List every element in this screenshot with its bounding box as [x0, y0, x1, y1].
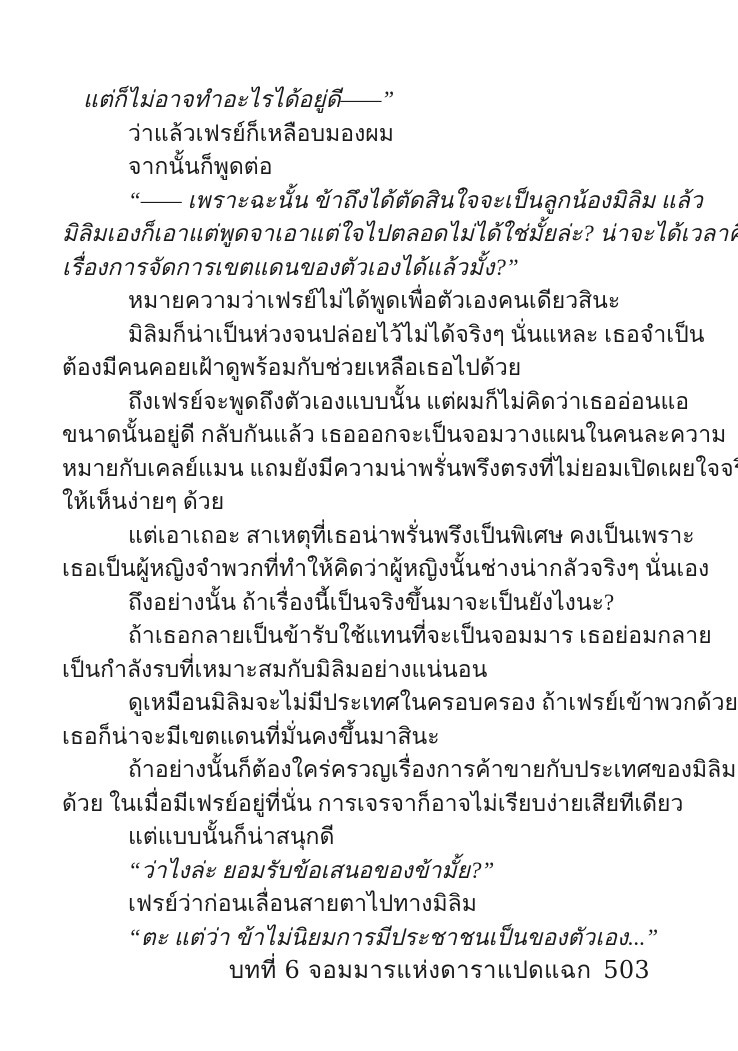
text-line: ต้องมีคนคอยเฝ้าดูพร้อมกับช่วยเหลือเธอไปด… [62, 351, 706, 385]
text-line: หมายความว่าเฟรย์ไม่ได้พูดเพื่อตัวเองคนเด… [62, 284, 706, 318]
text-line: “—— เพราะฉะนั้น ข้าถึงได้ตัดสินใจจะเป็นล… [62, 184, 706, 218]
text-line: ขนาดนั้นอยู่ดี กลับกันแล้ว เธอออกจะเป็นจ… [62, 418, 706, 452]
text-line: ว่าแล้วเฟรย์ก็เหลือบมองผม [62, 117, 706, 151]
text-line: ให้เห็นง่ายๆ ด้วย [62, 485, 706, 519]
text-line: แต่เอาเถอะ สาเหตุที่เธอน่าพรั่นพรึงเป็นพ… [62, 519, 706, 553]
page-number: 503 [603, 956, 650, 984]
text-line: เฟรย์ว่าก่อนเลื่อนสายตาไปทางมิลิม [62, 887, 706, 921]
text-line: เธอเป็นผู้หญิงจำพวกที่ทำให้คิดว่าผู้หญิง… [62, 552, 706, 586]
text-line: ถึงเฟรย์จะพูดถึงตัวเองแบบนั้น แต่ผมก็ไม่… [62, 385, 706, 419]
book-page: แต่ก็ไม่อาจทำอะไรได้อยู่ดี——”ว่าแล้วเฟรย… [0, 0, 738, 1051]
text-line: จากนั้นก็พูดต่อ [62, 150, 706, 184]
page-footer: บทที่ 6 จอมมารแห่งดาราแปดแฉก503 [229, 950, 650, 989]
text-line: เธอก็น่าจะมีเขตแดนที่มั่นคงขึ้นมาสินะ [62, 720, 706, 754]
text-line: ถ้าเธอกลายเป็นข้ารับใช้แทนที่จะเป็นจอมมา… [62, 619, 706, 653]
text-line: เป็นกำลังรบที่เหมาะสมกับมิลิมอย่างแน่นอน [62, 653, 706, 687]
text-line: หมายกับเคลย์แมน แถมยังมีความน่าพรั่นพรึง… [62, 452, 706, 486]
text-line: มิลิมเองก็เอาแต่พูดจาเอาแต่ใจไปตลอดไม่ได… [62, 217, 706, 251]
text-line: เรื่องการจัดการเขตแดนของตัวเองได้แล้วมั้… [62, 251, 706, 285]
chapter-title: บทที่ 6 จอมมารแห่งดาราแปดแฉก [229, 956, 591, 984]
text-line: แต่ก็ไม่อาจทำอะไรได้อยู่ดี——” [62, 83, 706, 117]
text-line: ดูเหมือนมิลิมจะไม่มีประเทศในครอบครอง ถ้า… [62, 686, 706, 720]
text-line: มิลิมก็น่าเป็นห่วงจนปล่อยไว้ไม่ได้จริงๆ … [62, 318, 706, 352]
text-line: “ตะ แต่ว่า ข้าไม่นิยมการมีประชาชนเป็นของ… [62, 921, 706, 955]
text-line: “ว่าไงล่ะ ยอมรับข้อเสนอของข้ามั้ย?” [62, 854, 706, 888]
text-line: แต่แบบนั้นก็น่าสนุกดี [62, 820, 706, 854]
text-line: ถ้าอย่างนั้นก็ต้องใคร่ครวญเรื่องการค้าขา… [62, 753, 706, 787]
text-line: ด้วย ในเมื่อมีเฟรย์อยู่ที่นั่น การเจรจาก… [62, 787, 706, 821]
text-line: ถึงอย่างนั้น ถ้าเรื่องนี้เป็นจริงขึ้นมาจ… [62, 586, 706, 620]
body-text: แต่ก็ไม่อาจทำอะไรได้อยู่ดี——”ว่าแล้วเฟรย… [62, 83, 706, 954]
